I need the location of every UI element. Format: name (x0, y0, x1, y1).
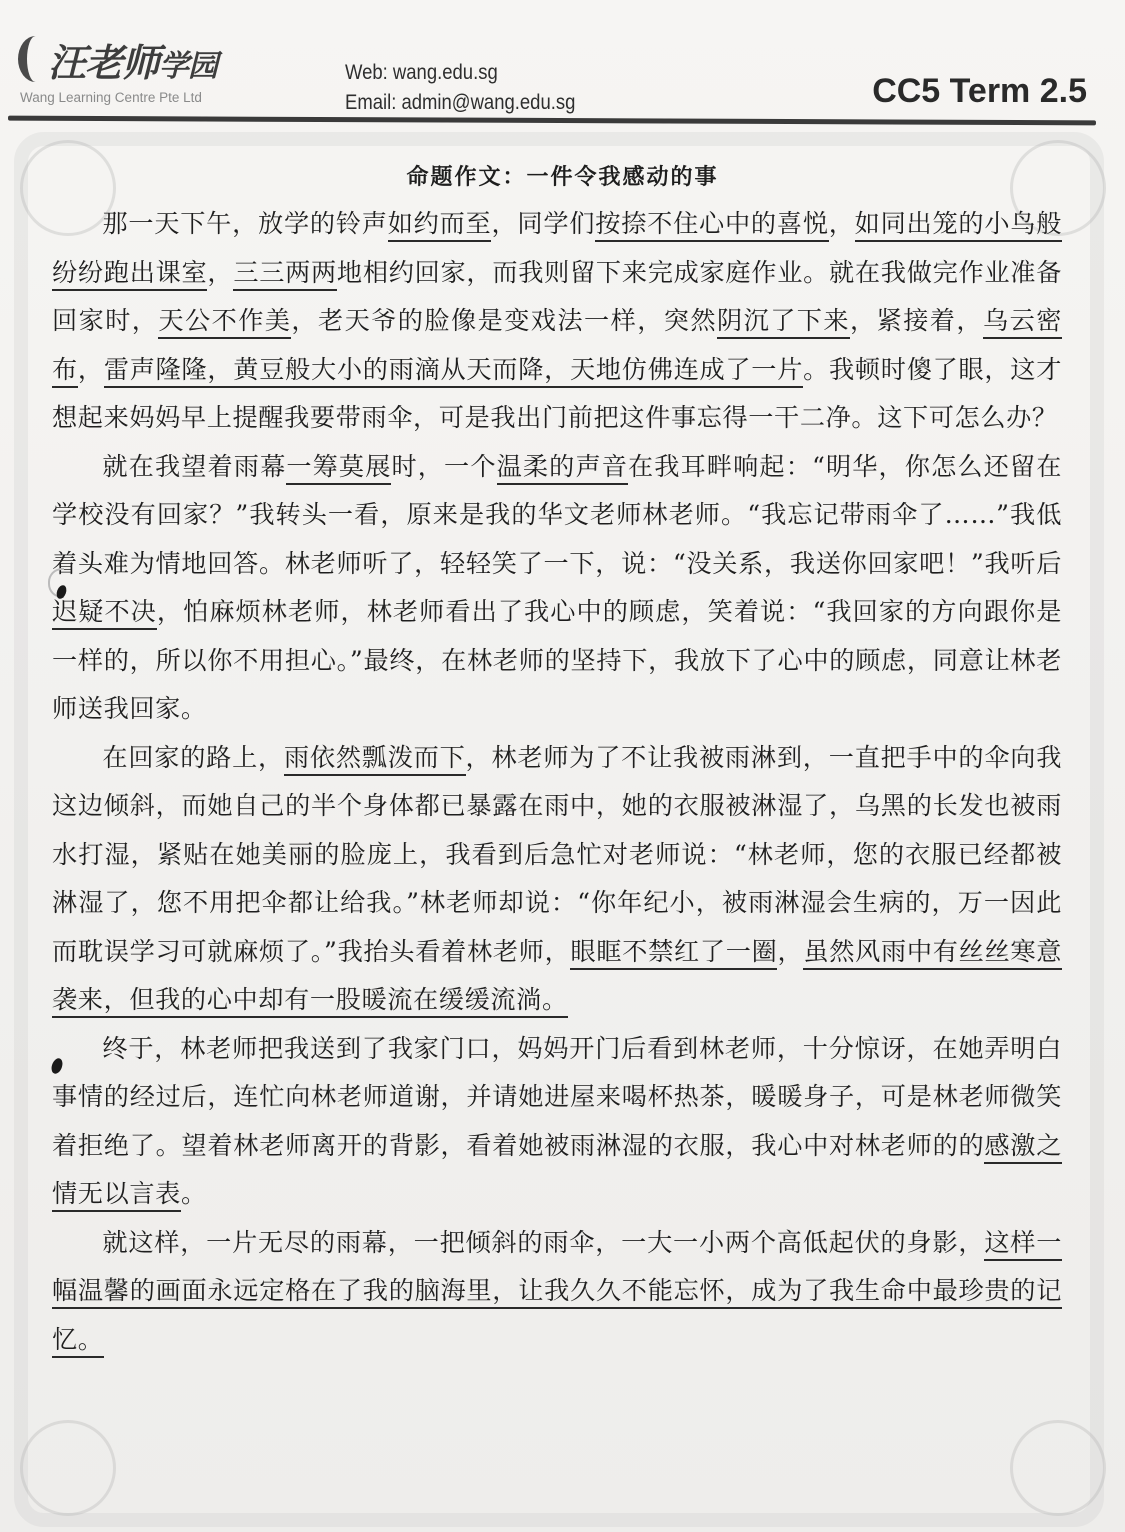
decorative-swirl (20, 1420, 116, 1516)
email: Email: admin@wang.edu.sg (345, 88, 575, 118)
underlined-phrase: 雷声隆隆，黄豆般大小的雨滴从天而降，天地仿佛连成了一片 (104, 355, 803, 388)
essay-title: 命题作文：一件令我感动的事 (0, 160, 1125, 191)
scanned-page: 汪老师学园 Wang Learning Centre Pte Ltd Web: … (0, 0, 1125, 1532)
underlined-phrase: 天公不作美 (158, 306, 291, 339)
text-segment: ，怕麻烦林老师，林老师看出了我心中的顾虑，笑着说：“我回家的方向跟你是一样的，所… (52, 597, 1062, 723)
header-divider (8, 116, 1096, 126)
logo-cn-main: 汪老师 (48, 41, 159, 85)
text-segment: 在回家的路上， (102, 743, 284, 772)
essay-paragraph: 就这样，一片无尽的雨幕，一把倾斜的雨伞，一大一小两个高低起伏的身影，这样一幅温馨… (52, 1219, 1062, 1365)
text-segment: ，紧接着， (850, 306, 983, 335)
page-header: 汪老师学园 Wang Learning Centre Pte Ltd Web: … (0, 0, 1125, 130)
essay-paragraph: 在回家的路上，雨依然瓢泼而下，林老师为了不让我被雨淋到，一直把手中的伞向我这边倾… (52, 734, 1062, 1025)
underlined-phrase: 眼眶不禁红了一圈 (570, 937, 777, 970)
essay-body: 那一天下午，放学的铃声如约而至，同学们按捺不住心中的喜悦，如同出笼的小鸟般纷纷跑… (52, 200, 1062, 1364)
text-segment: ， (777, 937, 803, 966)
text-segment: ，同学们 (491, 209, 595, 238)
underlined-phrase: 雨依然瓢泼而下 (284, 743, 466, 776)
text-segment: 就在我望着雨幕 (102, 452, 286, 481)
logo: 汪老师学园 Wang Learning Centre Pte Ltd (18, 32, 268, 112)
underlined-phrase: 如约而至 (388, 209, 492, 242)
term-label: CC5 Term 2.5 (872, 72, 1087, 111)
underlined-phrase: 温柔的声音 (497, 452, 628, 485)
logo-cn-small: 学园 (159, 49, 217, 84)
logo-chinese-name: 汪老师学园 (48, 32, 217, 87)
underlined-phrase: 一筹莫展 (286, 452, 391, 485)
website: Web: wang.edu.sg (345, 58, 575, 88)
text-segment: 那一天下午，放学的铃声 (102, 209, 387, 238)
contact-info: Web: wang.edu.sg Email: admin@wang.edu.s… (345, 58, 575, 118)
text-segment: 。 (181, 1179, 207, 1208)
underlined-phrase: 三三两两 (233, 258, 337, 291)
text-segment: 就这样，一片无尽的雨幕，一把倾斜的雨伞，一大一小两个高低起伏的身影， (102, 1228, 984, 1257)
decorative-swirl (1010, 1420, 1106, 1516)
essay-paragraph: 就在我望着雨幕一筹莫展时，一个温柔的声音在我耳畔响起：“明华，你怎么还留在学校没… (52, 443, 1062, 734)
text-segment: ，老天爷的脸像是变戏法一样，突然 (291, 306, 717, 335)
logo-english-name: Wang Learning Centre Pte Ltd (20, 90, 202, 105)
text-segment: ， (78, 355, 104, 384)
underlined-phrase: 按捺不住心中的喜悦 (595, 209, 828, 242)
text-segment: 时，一个 (391, 452, 496, 481)
text-segment: ， (829, 209, 855, 238)
text-segment: ， (207, 258, 233, 287)
underlined-phrase: 迟疑不决 (52, 597, 157, 630)
essay-paragraph: 终于，林老师把我送到了我家门口，妈妈开门后看到林老师，十分惊讶，在她弄明白事情的… (52, 1025, 1062, 1219)
underlined-phrase: 阴沉了下来 (717, 306, 850, 339)
text-segment: 终于，林老师把我送到了我家门口，妈妈开门后看到林老师，十分惊讶，在她弄明白事情的… (52, 1034, 1062, 1160)
text-segment: ，林老师为了不让我被雨淋到，一直把手中的伞向我这边倾斜，而她自己的半个身体都已暴… (52, 743, 1062, 966)
essay-paragraph: 那一天下午，放学的铃声如约而至，同学们按捺不住心中的喜悦，如同出笼的小鸟般纷纷跑… (52, 200, 1062, 443)
